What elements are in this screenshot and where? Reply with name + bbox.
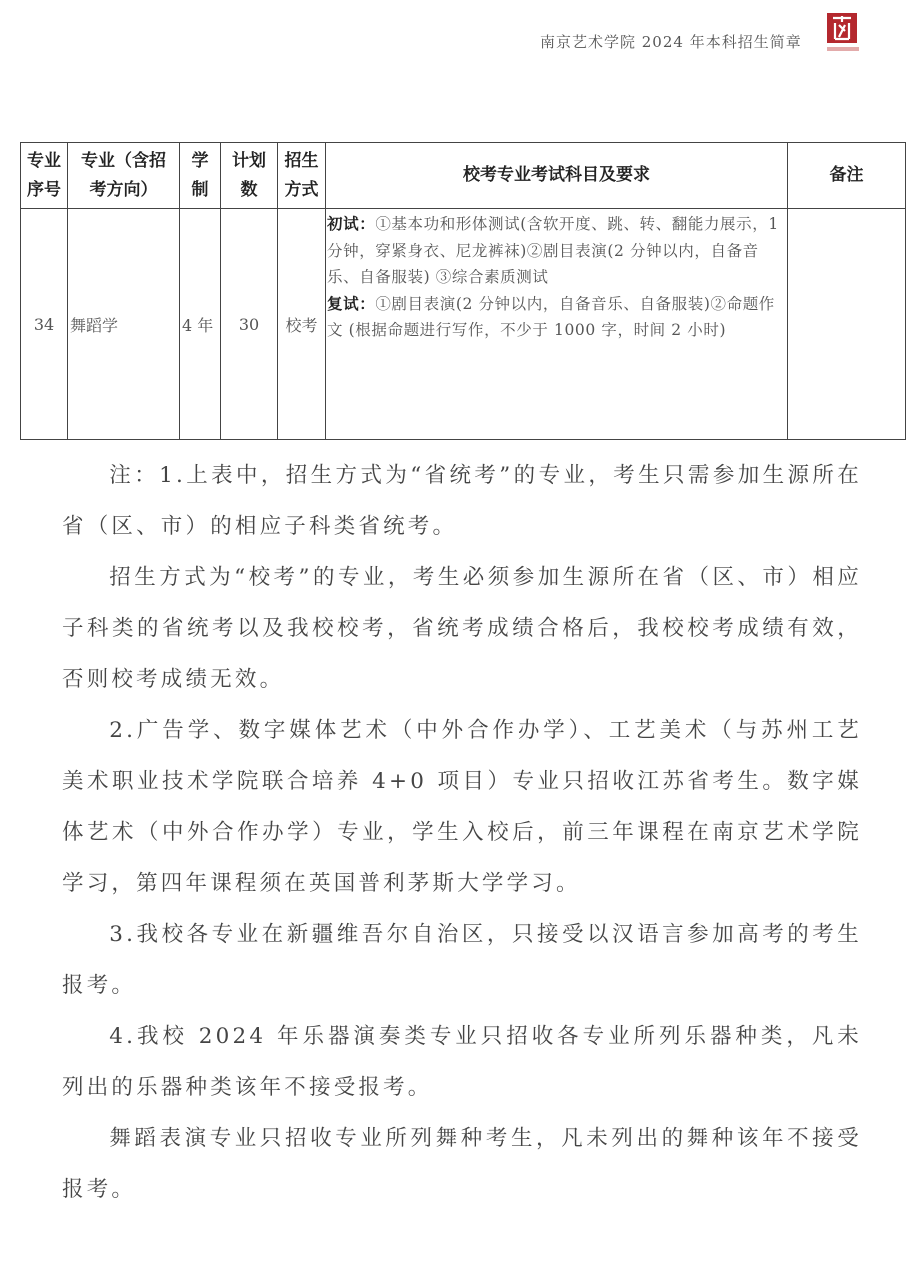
school-logo-icon (827, 13, 857, 55)
cell-method: 校考 (278, 209, 326, 440)
logo-glyph-icon (827, 13, 857, 43)
prelim-text: ①基本功和形体测试(含软开度、跳、转、翻能力展示，1 分钟，穿紧身衣、尼龙裤袜)… (327, 215, 779, 286)
cell-plan: 30 (221, 209, 278, 440)
note-paragraph: 舞蹈表演专业只招收专业所列舞种考生，凡未列出的舞种该年不接受报考。 (62, 1113, 862, 1215)
col-header-plan: 计划数 (221, 143, 278, 209)
note-paragraph: 2.广告学、数字媒体艺术（中外合作办学）、工艺美术（与苏州工艺美术职业技术学院联… (62, 705, 862, 909)
cell-seq: 34 (21, 209, 68, 440)
col-header-duration: 学制 (180, 143, 221, 209)
col-header-method: 招生方式 (278, 143, 326, 209)
retest-text: ①剧目表演(2 分钟以内，自备音乐、自备服装)②命题作文 (根据命题进行写作，不… (327, 295, 775, 340)
retest-label: 复试： (327, 295, 375, 313)
col-header-exam: 校考专业考试科目及要求 (326, 143, 788, 209)
cell-major: 舞蹈学 (68, 209, 180, 440)
col-header-seq: 专业序号 (21, 143, 68, 209)
note-paragraph: 4.我校 2024 年乐器演奏类专业只招收各专业所列乐器种类，凡未列出的乐器种类… (62, 1011, 862, 1113)
document-title: 南京艺术学院 2024 年本科招生简章 (540, 31, 802, 52)
exam-requirements-table: 专业序号 专业（含招考方向） 学制 计划数 招生方式 校考专业考试科目及要求 备… (20, 142, 906, 440)
notes-section: 注：1.上表中，招生方式为“省统考”的专业，考生只需参加生源所在省（区、市）的相… (62, 450, 862, 1215)
note-paragraph: 招生方式为“校考”的专业，考生必须参加生源所在省（区、市）相应子科类的省统考以及… (62, 552, 862, 705)
cell-duration: 4 年 (180, 209, 221, 440)
col-header-major: 专业（含招考方向） (68, 143, 180, 209)
cell-exam-requirements: 初试：①基本功和形体测试(含软开度、跳、转、翻能力展示，1 分钟，穿紧身衣、尼龙… (326, 209, 788, 440)
logo-caption (827, 47, 859, 51)
col-header-remarks: 备注 (788, 143, 906, 209)
note-paragraph: 3.我校各专业在新疆维吾尔自治区，只接受以汉语言参加高考的考生报考。 (62, 909, 862, 1011)
table-header-row: 专业序号 专业（含招考方向） 学制 计划数 招生方式 校考专业考试科目及要求 备… (21, 143, 906, 209)
cell-remarks (788, 209, 906, 440)
note-paragraph: 注：1.上表中，招生方式为“省统考”的专业，考生只需参加生源所在省（区、市）的相… (62, 450, 862, 552)
prelim-label: 初试： (327, 215, 375, 233)
table-row: 34 舞蹈学 4 年 30 校考 初试：①基本功和形体测试(含软开度、跳、转、翻… (21, 209, 906, 440)
